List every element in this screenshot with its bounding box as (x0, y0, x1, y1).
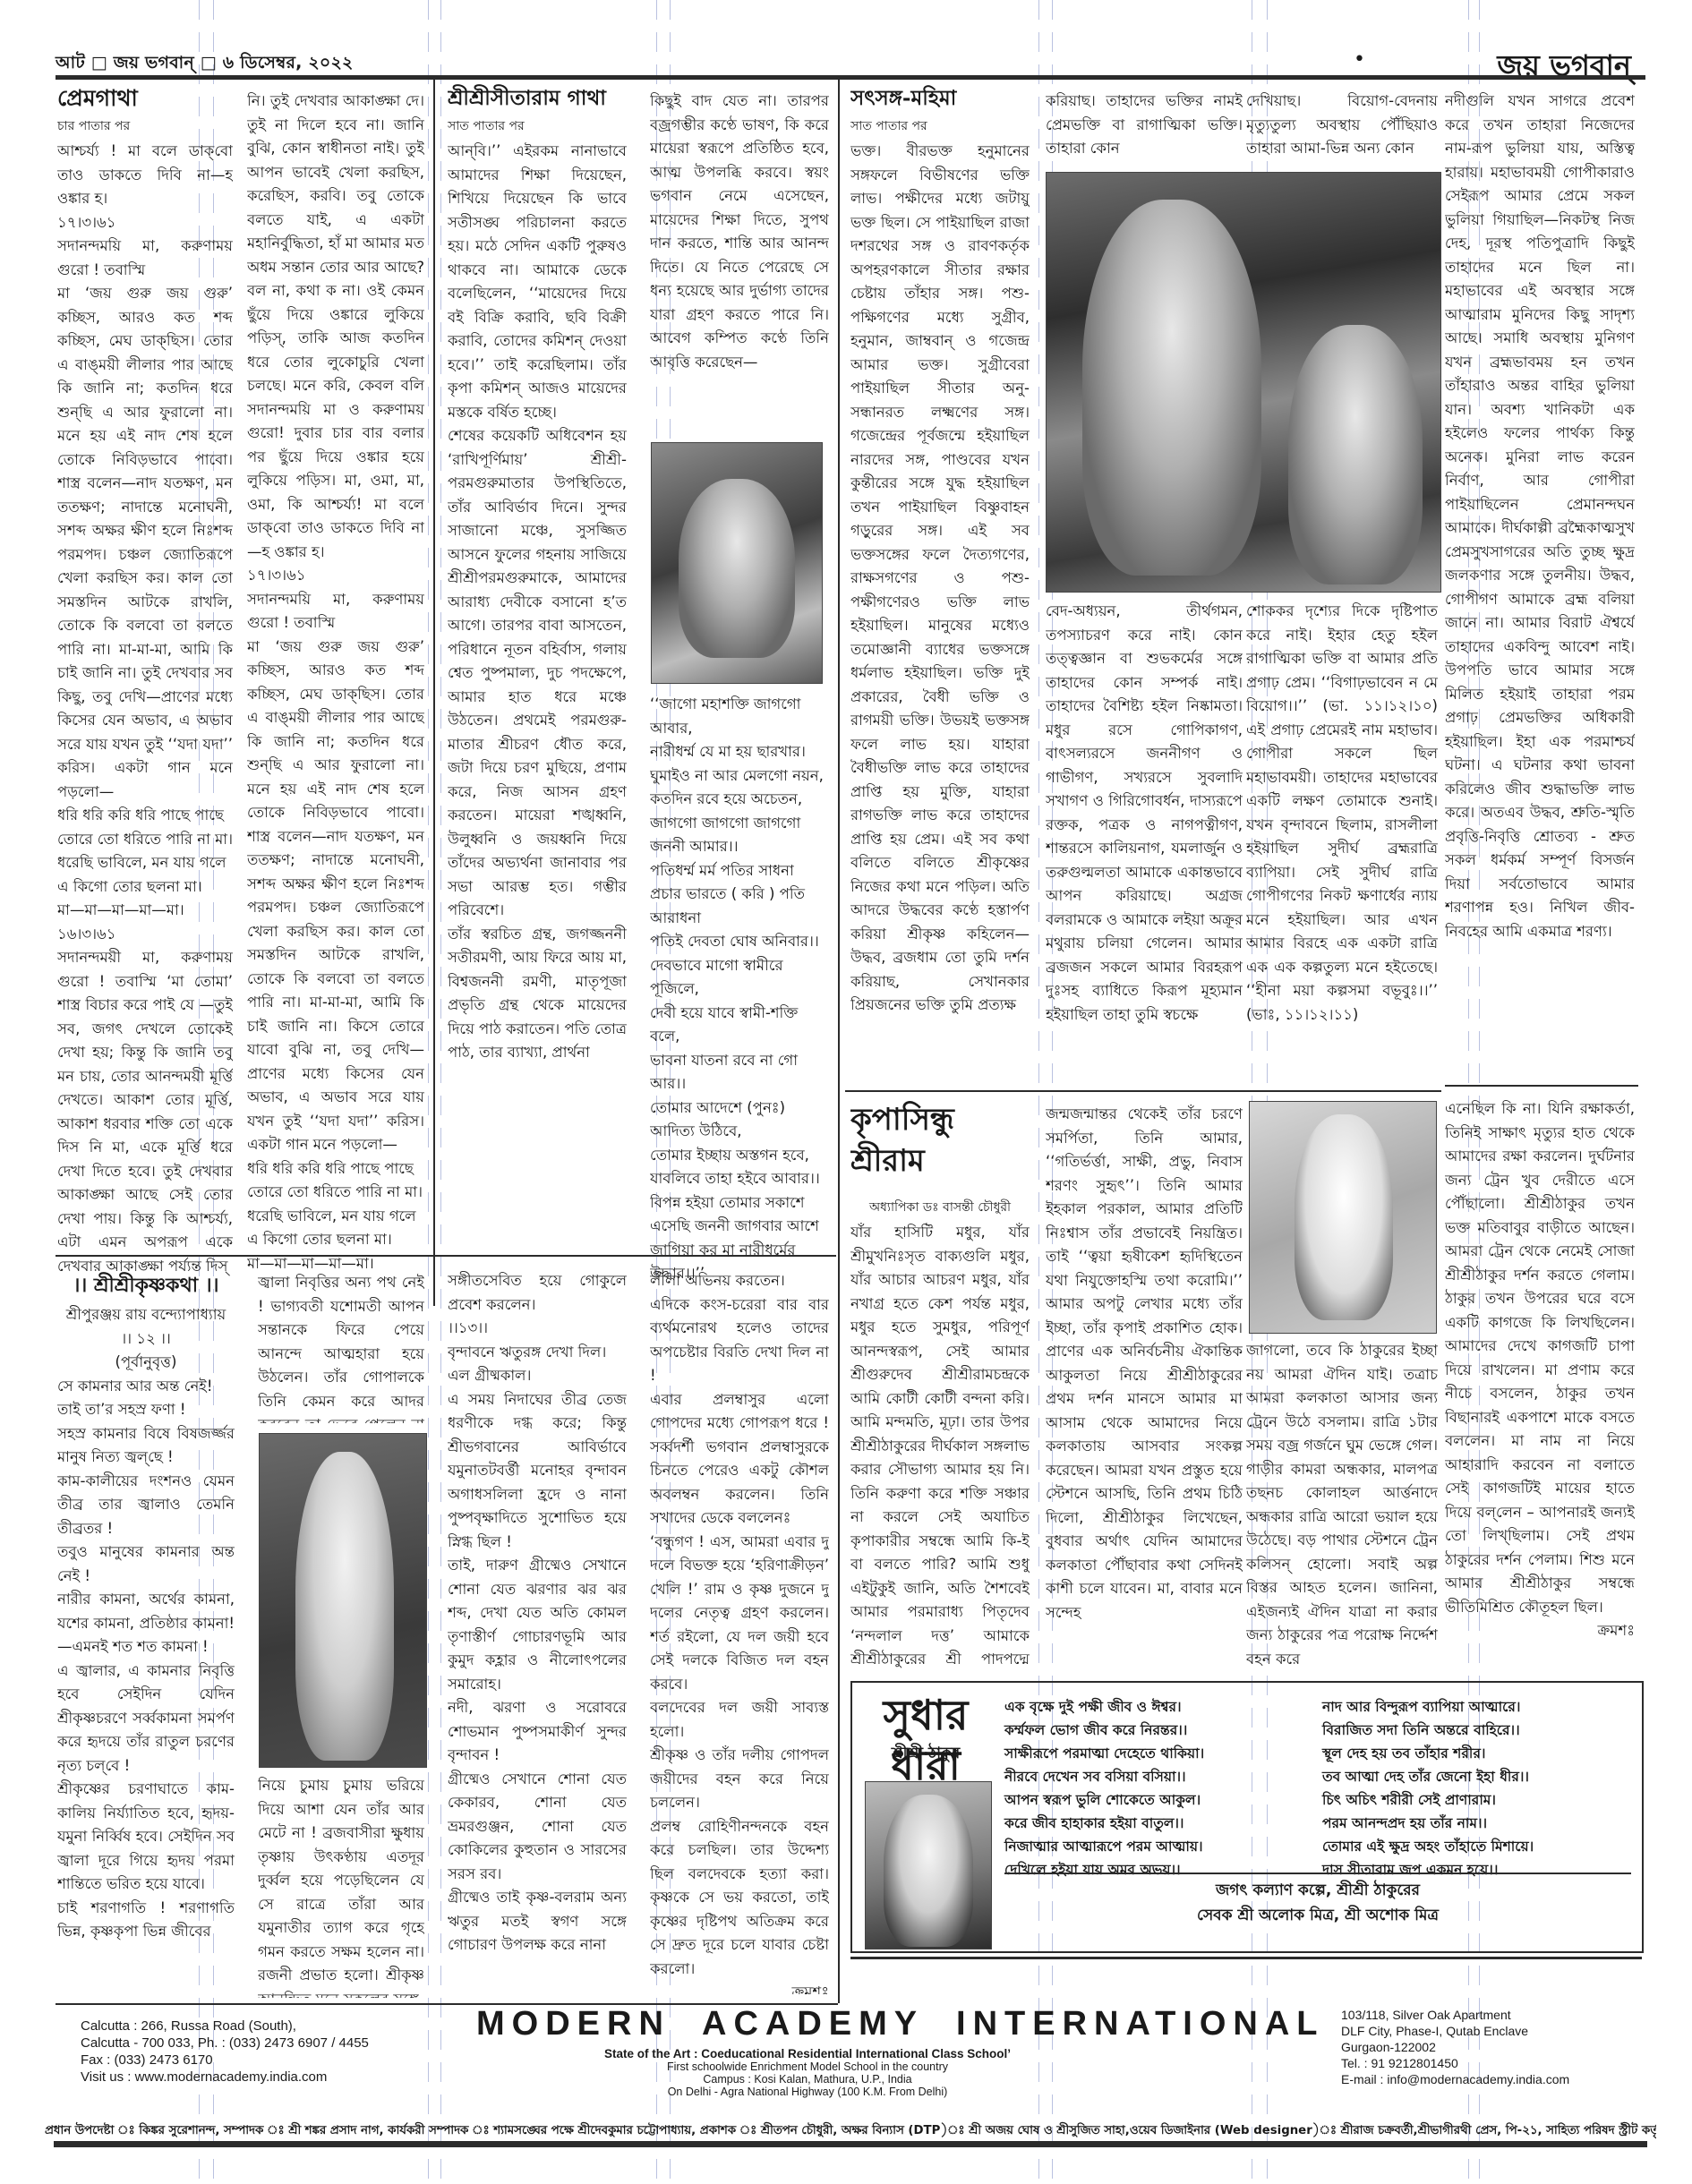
paragraph: মা ‘জয় গুরু জয় গুরু’ কচ্ছিস, আরও কত শব… (57, 282, 233, 804)
poem-line: দেবভাবে মাগো স্বামীরে পূজিলে, (650, 954, 829, 1002)
article-satsanga-col2-bottom: বেদ-অধ্যয়ন, তীর্থগমন, তপস্যাচরণ করে নাই… (1046, 600, 1243, 1056)
article-title: কৃপাসিন্ধু শ্রীরাম (850, 1099, 1030, 1182)
paragraph: বৃন্দাবনে ঋতুরঙ্গ দেখা দিল। (448, 1341, 627, 1365)
continued-marker: ক্রমশঃ (650, 1981, 829, 1994)
footer-rule (54, 2141, 1647, 2147)
paragraph: শোককর দৃশ্যের দিকে দৃষ্টিপাত করে নাই। ইহ… (1246, 600, 1438, 1027)
continued-from: সাত পাতার পর (850, 116, 1030, 136)
article-satsanga-col3-top: দেখিয়াছ। বিয়োগ-বেদনায় মৃত্যুতুল্য অবস… (1246, 90, 1438, 165)
paragraph: জন্মজন্মান্তর থেকেই তাঁর চরণে সমর্পিতা, … (1046, 1103, 1243, 1625)
paragraph: শেষের কয়েকটি অধিবেশন হয় ‘রাখিপূর্ণিমায… (448, 424, 627, 923)
krishna-figure (1082, 200, 1261, 576)
paragraph: বলদেবের দল জয়ী সাব্যস্ত হলো। (650, 1696, 829, 1744)
ad-detail-line: First schoolwide Enrichment Model School… (494, 2060, 1121, 2073)
header-dot: • (1354, 48, 1365, 71)
paragraph: সদানন্দময়ি মা, করুণাময় গুরো ! তবাস্মি (57, 235, 233, 282)
poem-line: নারীধর্ম্ম যে মা হয় ছারখার। (650, 740, 829, 764)
krishna-flute-figure (295, 1452, 394, 1761)
article-krishnakatha-col2-bottom: নিয়ে চুমায় চুমায় ভরিয়ে দিয়ে আশা যেন… (258, 1774, 424, 1998)
paragraph: দেখিয়াছ। বিয়োগ-বেদনায় মৃত্যুতুল্য অবস… (1246, 90, 1438, 161)
ad-gurgaon-address: 103/118, Silver Oak Apartment DLF City, … (1341, 2007, 1569, 2087)
phone-line: Tel. : 91 9212801450 (1341, 2055, 1569, 2071)
article-krishnakatha-col3: সঙ্গীতসেবিত হয়ে গোকুলে প্রবেশ করলেন। ।।… (448, 1269, 627, 1994)
poem-credit: জগৎ কল্যাণ কল্পে, শ্রীশ্রী ঠাকুরের সেবক … (1004, 1873, 1631, 1928)
poem-line: যাবলিবে তাহা হইবে আবার।। (650, 1167, 829, 1191)
byline: শ্রীপুরঞ্জয় রায় বন্দ্যোপাধ্যায় (57, 1303, 235, 1327)
poem-line: ঘুমাইও না আর মেলগো নয়ন, (650, 764, 829, 789)
article-kripasindhu-col3: জাগলো, তবে কি ঠাকুরের ইচ্ছা নয় আমরা ঐদি… (1246, 1339, 1438, 1672)
paragraph: গ্রীষ্মেও তাই কৃষ্ণ-বলরাম অন্য ঋতুর মতই … (448, 1886, 627, 1958)
paragraph: তাঁর স্বরচিত গ্রন্থ, জগজ্জননী সতীরমণী, আ… (448, 923, 627, 1065)
ad-school-name: MODERN ACADEMY INTERNATIONAL (476, 2005, 1325, 2043)
paragraph: ভক্ত। বীরভক্ত হনুমানের সঙ্গফলে বিভীষণের … (850, 140, 1030, 1018)
paragraph: তবুও মানুষের কামনার অন্ত নেই ! (57, 1540, 235, 1588)
paragraph: কিছুই বাদ যেত না। তারপর বজ্রগম্ভীর কণ্ঠে… (650, 90, 829, 374)
column-divider (838, 1256, 840, 2003)
article-satsanga-col3-bottom: শোককর দৃশ্যের দিকে দৃষ্টিপাত করে নাই। ইহ… (1246, 600, 1438, 1056)
article-title: প্রেমগাথা (57, 82, 233, 115)
poem-line: আপন স্বরূপ ভুলি শোকেতে আকুল। (1004, 1788, 1313, 1812)
credit-line: সেবক শ্রী অলোক মিত্র, শ্রী অশোক মিত্র (1004, 1903, 1631, 1928)
sadhu-figure (679, 479, 795, 658)
email-link[interactable]: E-mail : info@modernacademy.india.com (1341, 2071, 1569, 2087)
column-guide (440, 0, 441, 2184)
krishna-flute-painting (259, 1433, 427, 1768)
article-krishnakatha-col4: লীলা অভিনয় করতেন। এদিকে কংস-চরেরা বার ব… (650, 1269, 829, 1994)
publisher-imprint: প্রধান উপদেষ্টা ঃ কিঙ্কর সুরেশানন্দ, সম্… (45, 2121, 1656, 2141)
paragraph: সে কামনার আর অন্ত নেই! (57, 1375, 235, 1399)
poem-lines: এক বৃক্ষে দুই পক্ষী জীব ও ঈশ্বর। নাদ আর … (1004, 1695, 1631, 1881)
paragraph: এনেছিল কি না। যিনি রক্ষাকর্তা, তিনিই সাক… (1445, 1097, 1635, 1619)
poem-line: তোমার এই ক্ষুদ্র অহং তাঁহাতে মিশায়ে। (1322, 1835, 1631, 1858)
column-divider (838, 80, 840, 1306)
paragraph: শ্রীকৃষ্ণের চরণাঘাতে কাম-কালিয় নির্য্যা… (57, 1778, 235, 1897)
poem-line: চিৎ অচিৎ শরীরী সেই প্রাণারাম। (1322, 1788, 1631, 1812)
poem-line: স্থূল দেহ হয় তব তাঁহার শরীর। (1322, 1742, 1631, 1765)
article-krishnakatha-col1: ।। শ্রীশ্রীকৃষ্ণকথা ।। শ্রীপুরঞ্জয় রায়… (57, 1269, 235, 1994)
paragraph: এ জ্বালার, এ কামনার নিবৃত্তি হবে সেইদিন … (57, 1659, 235, 1779)
paragraph: সঙ্গীতসেবিত হয়ে গোকুলে প্রবেশ করলেন। (448, 1269, 627, 1317)
article-satsanga-col4: নদীগুলি যখন সাগরে প্রবেশ করে তখন তাহারা … (1445, 90, 1635, 1083)
krishna-uddhava-painting (1046, 172, 1441, 593)
paragraph: প্রলম্ব রোহিণীনন্দনকে বহন করে চলছিল। তার… (650, 1815, 829, 1982)
poem-line: ‘‘জাগো মহাশক্তি জাগগো আবার, (650, 693, 829, 740)
paragraph: এল গ্রীষ্মকাল। (448, 1364, 627, 1388)
paragraph: সদানন্দময়ী মা, করুণাময় গুরো ! তবাস্মি … (57, 946, 233, 1278)
paragraph: জাগলো, তবে কি ঠাকুরের ইচ্ছা নয় আমরা ঐদি… (1246, 1339, 1438, 1671)
paragraph: যাঁর হাসিটি মধুর, যাঁর শ্রীমুখনিঃসৃত বাক… (850, 1221, 1030, 1672)
paragraph: তাই তা’র সহস্র ফণা ! (57, 1398, 235, 1422)
poem-line: তোমার আদেশে (পুনঃ) আদিত্য উঠিবে, (650, 1096, 829, 1144)
modern-academy-advertisement: Calcutta : 266, Russa Road (South), Calc… (56, 2005, 1640, 2112)
paragraph: মা—মা—মা—মা—মা। (57, 899, 233, 923)
paragraph: সহস্র কামনার বিষে বিষজর্জ্জর মানুষ নিত্য… (57, 1422, 235, 1470)
continued-marker: ক্রমশঃ (1445, 1619, 1635, 1643)
column-divider (433, 80, 435, 1306)
paragraph: সদানন্দময়ি মা, করুণাময় গুরো ! তবাস্মি (247, 588, 424, 636)
poem-line: নীরবে দেখেন সব বসিয়া বসিয়া।। (1004, 1765, 1313, 1788)
paragraph: গ্রীষ্মেও সেখানে শোনা যেত কেকারব, শোনা য… (448, 1768, 627, 1887)
address-line: Fax : (033) 2473 6170 (81, 2052, 369, 2069)
credit-line: জগৎ কল্যাণ কল্পে, শ্রীশ্রী ঠাকুরের (1004, 1878, 1631, 1903)
poem-line: বিরাজিত সদা তিনি অন্তরে বাহিরে।। (1322, 1719, 1631, 1742)
article-premgatha-col1: প্রেমগাথা চার পাতার পর আশ্চর্য্য ! মা বল… (57, 82, 233, 1295)
article-kripasindhu-col4: এনেছিল কি না। যিনি রক্ষাকর্তা, তিনিই সাক… (1445, 1097, 1635, 1672)
paragraph: জ্বালা নিবৃত্তির অন্য পথ নেই ! ভাগ্যবতী … (258, 1271, 424, 1423)
column-guide (428, 0, 429, 2184)
poem-line: পরম আনন্দপ্রদ হয় তাঁর নাম।। (1322, 1812, 1631, 1835)
address-line: 103/118, Silver Oak Apartment (1341, 2007, 1569, 2023)
continued-from: চার পাতার পর (57, 116, 233, 136)
poem-line: পতিই দেবতা ঘোষ অনিবার।। (650, 930, 829, 954)
ad-detail-line: Campus : Kosi Kalan, Mathura, U.P., Indi… (494, 2073, 1121, 2086)
poem-line: তব আত্মা দেহ তাঁর জেনো ইহা ধীর।। (1322, 1765, 1631, 1788)
article-title: ।। শ্রীশ্রীকৃষ্ণকথা ।। (57, 1269, 235, 1301)
paragraph: চাই শরণাগতি ! শরণাগতি ভিন্ন, কৃষ্ণকৃপা ভ… (57, 1897, 235, 1944)
ad-school-details: State of the Art : Coeducational Residen… (494, 2048, 1121, 2098)
article-sitaram-poem: ‘‘জাগো মহাশক্তি জাগগো আবার, নারীধর্ম্ম য… (650, 693, 829, 1301)
article-title: শ্রীশ্রীসীতারাম গাথা (448, 82, 627, 115)
paragraph: ১৭।৩।৬১ (247, 564, 424, 588)
thakur-portrait (865, 1781, 992, 1949)
thakur-portrait-figure (884, 1795, 973, 1947)
article-satsanga-col1: সৎসঙ্গ-মহিমা সাত পাতার পর ভক্ত। বীরভক্ত … (850, 82, 1030, 1058)
thakur-figure (1295, 1114, 1393, 1320)
article-premgatha-col2: নি। তুই দেখবার আকাঙ্ক্ষা দে। তুই না দিলে… (247, 90, 424, 1295)
poem-line: জাগগো জাগগো জাগগো জননী আমার।। (650, 812, 829, 859)
section-rule (1445, 1085, 1638, 1087)
verse: ধরি ধরি করি ধরি পাছে পাছে তোরে তো ধরিতে … (57, 804, 233, 899)
poem-line: নিজাত্মার আত্মারূপে পরম আত্মায়। (1004, 1835, 1313, 1858)
poem-line: কর্ম্মফল ভোগ জীব করে নিরন্তর।। (1004, 1719, 1313, 1742)
article-kripasindhu-col2: জন্মজন্মান্তর থেকেই তাঁর চরণে সমর্পিতা, … (1046, 1103, 1243, 1672)
part-number: ।। ১২ ।। (57, 1327, 235, 1352)
poem-line: সাক্ষীরূপে পরমাত্মা দেহেতে থাকিয়া। (1004, 1742, 1313, 1765)
continued-from: সাত পাতার পর (448, 116, 627, 136)
newspaper-masthead: জয় ভগবান্ (1497, 43, 1631, 91)
article-krishnakatha-col2-top: জ্বালা নিবৃত্তির অন্য পথ নেই ! ভাগ্যবতী … (258, 1271, 424, 1423)
poem-line: এক বৃক্ষে দুই পক্ষী জীব ও ঈশ্বর। (1004, 1695, 1313, 1719)
poem-line: দেবী হয়ে যাবে স্বামী-শক্তি বলে, (650, 1002, 829, 1049)
paragraph: নি। তুই দেখবার আকাঙ্ক্ষা দে। তুই না দিলে… (247, 90, 424, 564)
paragraph: এবার প্রলম্বাসুর এলো গোপদের মধ্যে গোপরূপ… (650, 1388, 829, 1531)
paragraph: শ্রীকৃষ্ণ ও তাঁর দলীয় গোপদল জয়ীদের বহন… (650, 1744, 829, 1815)
ad-tagline: State of the Art : Coeducational Residen… (494, 2048, 1121, 2060)
address-line: Gurgaon-122002 (1341, 2039, 1569, 2055)
section-rule (845, 1090, 1441, 1092)
paragraph: আন্‌বি।’’ এইরকম নানাভাবে আমাদের শিক্ষা দ… (448, 140, 627, 424)
paragraph: মা ‘জয় গুরু জয় গুরু’ কচ্ছিস, আরও কত শব… (247, 636, 424, 1157)
section-rule (56, 1255, 836, 1257)
paragraph: নিয়ে চুমায় চুমায় ভরিয়ে দিয়ে আশা যেন… (258, 1774, 424, 1998)
address-line: Calcutta - 700 033, Ph. : (033) 2473 690… (81, 2035, 369, 2052)
article-sitaram-col1: শ্রীশ্রীসীতারাম গাথা সাত পাতার পর আন্‌বি… (448, 82, 627, 1295)
poem-line: করে জীব হাহাকার হইয়া বাতুল।। (1004, 1812, 1313, 1835)
paragraph: এ সময় নিদাঘের তীব্র তেজ ধরণীকে দগ্ধ করে… (448, 1388, 627, 1555)
uddhava-figure (1288, 325, 1423, 584)
byline: অধ্যাপিকা ডঃ বাসন্তী চৌধুরী (850, 1198, 1030, 1217)
paragraph: করিয়াছ। তাহাদের ভক্তির নামই প্রেমভক্তি … (1046, 90, 1243, 161)
poem-title: সুধার ধারা (863, 1690, 988, 1790)
poem-line: পতিধর্ম্ম মর্ম পতির সাধনা প্রচার ভারতে (… (650, 859, 829, 931)
header-rule (56, 75, 1645, 80)
paragraph: বেদ-অধ্যয়ন, তীর্থগমন, তপস্যাচরণ করে নাই… (1046, 600, 1243, 1027)
paragraph: ‘বন্ধুগণ ! এস, আমরা এবার দু দলে বিভক্ত হ… (650, 1531, 829, 1697)
paragraph: ।।১৩।। (448, 1317, 627, 1341)
sadhu-photo (651, 442, 823, 684)
address-line: DLF City, Phase-I, Qutab Enclave (1341, 2023, 1569, 2039)
website-link[interactable]: Visit us : www.modernacademy.india.com (81, 2069, 369, 2086)
paragraph: লীলা অভিনয় করতেন। (650, 1269, 829, 1293)
paragraph: নদীগুলি যখন সাগরে প্রবেশ করে তখন তাহারা … (1445, 90, 1635, 943)
address-line: Calcutta : 266, Russa Road (South), (81, 2018, 369, 2035)
paragraph: আশ্চর্য্য ! মা বলে ডাক্‌বো তাও ডাকতে দিব… (57, 140, 233, 211)
paragraph: ১৭।৩।৬১ (57, 211, 233, 235)
sudhar-dhara-box: সুধার ধারা শ্রীশ্রী ঠাকুর এক বৃক্ষে দুই … (850, 1681, 1644, 1953)
poem-line: তোমার ইচ্ছায় অস্তগন হবে, (650, 1144, 829, 1168)
poem-line: কতদিন রবে হয়ে অচেতন, (650, 788, 829, 812)
paragraph: নদী, ঝরণা ও সরোবরে শোভমান পুষ্পসমাকীর্ণ … (448, 1696, 627, 1768)
ad-detail-line: On Delhi - Agra National Highway (100 K.… (494, 2086, 1121, 2098)
poem-line: ভাবনা যাতনা রবে না গো আর।। (650, 1049, 829, 1096)
article-sitaram-col2-top: কিছুই বাদ যেত না। তারপর বজ্রগম্ভীর কণ্ঠে… (650, 90, 829, 448)
paragraph: ১৬।৩।৬১ (57, 923, 233, 947)
paragraph: নারীর কামনা, অর্থের কামনা, যশের কামনা, প… (57, 1588, 235, 1659)
section-rule (850, 1957, 1642, 1959)
continued-note: (পূর্বানুবৃত্ত) (57, 1351, 235, 1375)
poem-line: নাদ আর বিন্দুরূপ ব্যাপিয়া আত্মারে। (1322, 1695, 1631, 1719)
paragraph: কাম-কালীয়ের দংশনও যেমন তীব্র তার জ্বালা… (57, 1470, 235, 1541)
poem-subtitle: শ্রীশ্রী ঠাকুর (863, 1742, 988, 1767)
paragraph: তাই, দারুণ গ্রীষ্মেও সেখানে শোনা যেত ঝরণ… (448, 1554, 627, 1696)
thakur-seated-photo (1249, 1101, 1437, 1334)
ad-calcutta-address: Calcutta : 266, Russa Road (South), Calc… (81, 2018, 369, 2086)
verse: ধরি ধরি করি ধরি পাছে পাছে তোরে তো ধরিতে … (247, 1157, 424, 1252)
article-satsanga-col2-top: করিয়াছ। তাহাদের ভক্তির নামই প্রেমভক্তি … (1046, 90, 1243, 165)
article-title: সৎসঙ্গ-মহিমা (850, 82, 1030, 115)
article-kripasindhu-col1: কৃপাসিন্ধু শ্রীরাম অধ্যাপিকা ডঃ বাসন্তী … (850, 1099, 1030, 1672)
paragraph: এদিকে কংস-চরেরা বার বার ব্যর্থমনোরথ হলেও… (650, 1293, 829, 1388)
